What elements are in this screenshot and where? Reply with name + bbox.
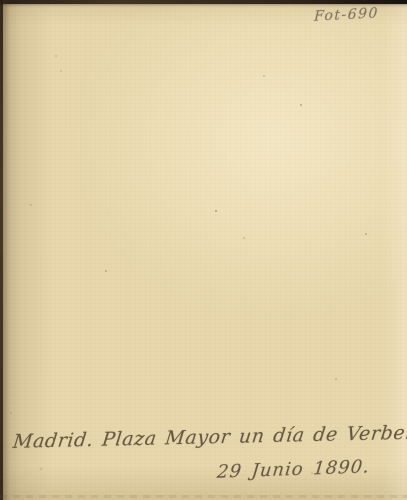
scan-edge-top [0,0,407,4]
foxing-specks [215,210,217,212]
scan-edge-left [0,0,3,500]
scanned-album-page: Fot-690 Madrid. Plaza Mayor un día de Ve… [0,0,407,500]
pencil-catalog-number: Fot-690 [314,6,380,23]
page-bottom-shadow [0,495,407,498]
